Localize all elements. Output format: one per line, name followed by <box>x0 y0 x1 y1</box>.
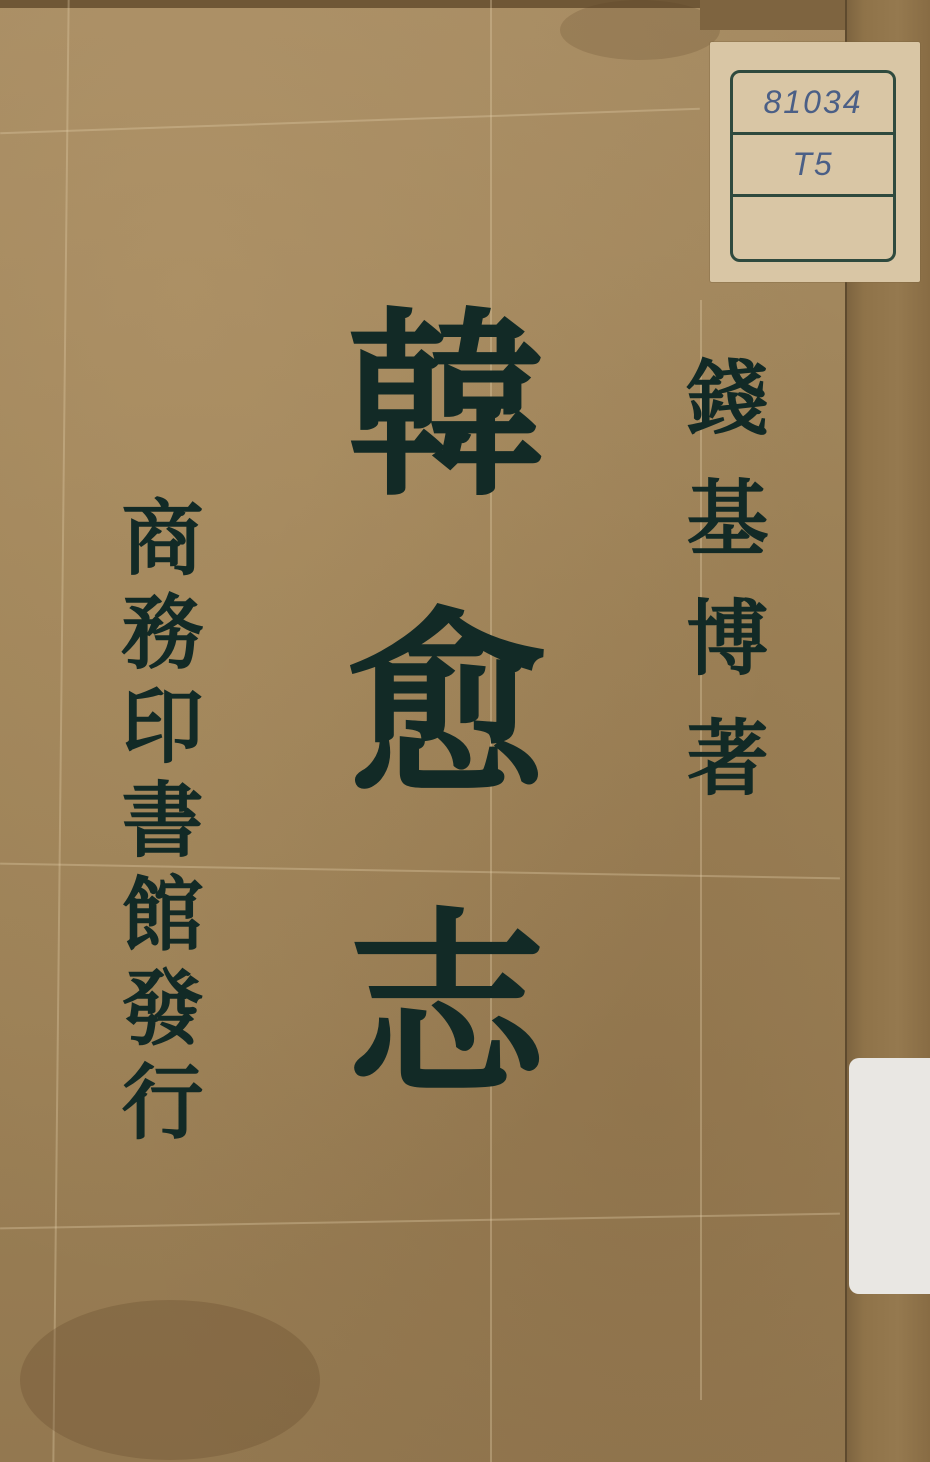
spine-label <box>849 1058 930 1294</box>
crease-line <box>0 108 700 134</box>
publisher-line: 商務印書館發行 <box>115 495 197 1153</box>
crease-line <box>0 1213 840 1230</box>
crease-line <box>52 0 69 1462</box>
author-line: 錢基博著 <box>680 355 762 835</box>
blank-row <box>733 197 893 259</box>
book-cover: 81034 T5 韓愈志 錢基博著 商務印書館發行 <box>0 0 930 1462</box>
stain <box>560 0 720 60</box>
library-call-number-label: 81034 T5 <box>710 42 920 282</box>
stain <box>20 1300 320 1460</box>
call-number-box: 81034 T5 <box>730 70 896 262</box>
book-title: 韓愈志 <box>330 300 530 1200</box>
classification-code: T5 <box>733 135 893 197</box>
call-number: 81034 <box>733 73 893 135</box>
